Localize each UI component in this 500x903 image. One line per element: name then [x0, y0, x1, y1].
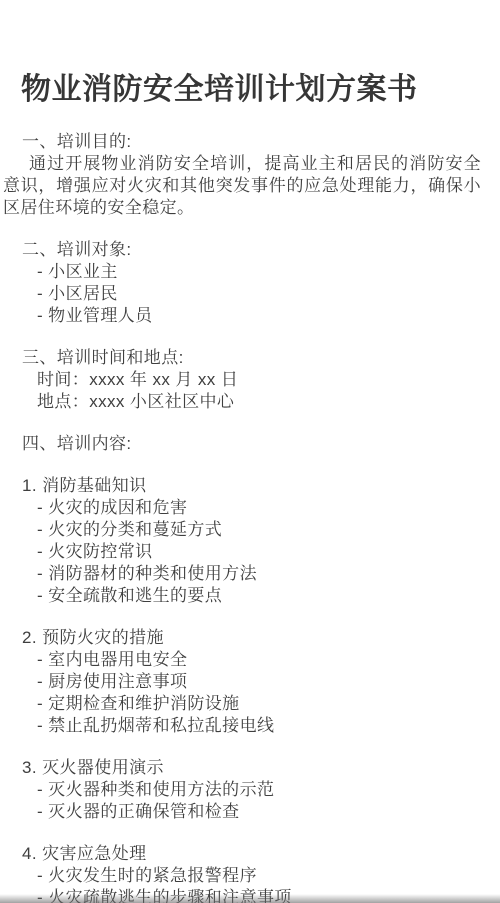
list-item: - 小区业主 — [37, 261, 500, 283]
section-paragraph: 通过开展物业消防安全培训，提高业主和居民的消防安全意识，增强应对火灾和其他突发事… — [3, 153, 481, 219]
list-item: - 小区居民 — [37, 283, 500, 305]
section-heading: 二、培训对象: — [22, 239, 500, 261]
section-heading: 2. 预防火灾的措施 — [22, 627, 500, 649]
section: 4. 灾害应急处理- 火灾发生时的紧急报警程序- 火灾疏散逃生的步骤和注意事项 — [0, 843, 500, 903]
list-item: - 物业管理人员 — [37, 305, 500, 327]
list-item: - 火灾的分类和蔓延方式 — [37, 519, 500, 541]
document-body: 一、培训目的:通过开展物业消防安全培训，提高业主和居民的消防安全意识，增强应对火… — [0, 131, 500, 903]
list-item: - 灭火器种类和使用方法的示范 — [37, 779, 500, 801]
list-item: 地点：xxxx 小区社区中心 — [37, 391, 500, 413]
section-heading: 四、培训内容: — [22, 433, 500, 455]
list-item: - 火灾的成因和危害 — [37, 497, 500, 519]
document-page: 物业消防安全培训计划方案书 一、培训目的:通过开展物业消防安全培训，提高业主和居… — [0, 0, 500, 903]
section: 2. 预防火灾的措施- 室内电器用电安全- 厨房使用注意事项- 定期检查和维护消… — [0, 627, 500, 737]
section: 3. 灭火器使用演示- 灭火器种类和使用方法的示范- 灭火器的正确保管和检查 — [0, 757, 500, 823]
section: 一、培训目的:通过开展物业消防安全培训，提高业主和居民的消防安全意识，增强应对火… — [0, 131, 500, 219]
document-title: 物业消防安全培训计划方案书 — [21, 71, 500, 109]
list-item: - 定期检查和维护消防设施 — [37, 693, 500, 715]
section-heading: 3. 灭火器使用演示 — [22, 757, 500, 779]
list-item: 时间：xxxx 年 xx 月 xx 日 — [37, 369, 500, 391]
list-item: - 厨房使用注意事项 — [37, 671, 500, 693]
list-item: - 禁止乱扔烟蒂和私拉乱接电线 — [37, 715, 500, 737]
list-item: - 灭火器的正确保管和检查 — [37, 801, 500, 823]
list-item: - 安全疏散和逃生的要点 — [37, 585, 500, 607]
section-heading: 4. 灾害应急处理 — [22, 843, 500, 865]
list-item: - 消防器材的种类和使用方法 — [37, 563, 500, 585]
section: 二、培训对象:- 小区业主- 小区居民- 物业管理人员 — [0, 239, 500, 327]
section-heading: 三、培训时间和地点: — [22, 347, 500, 369]
list-item: - 火灾疏散逃生的步骤和注意事项 — [37, 887, 500, 903]
section: 三、培训时间和地点:时间：xxxx 年 xx 月 xx 日地点：xxxx 小区社… — [0, 347, 500, 413]
section: 四、培训内容: — [0, 433, 500, 455]
section-heading: 1. 消防基础知识 — [22, 475, 500, 497]
list-item: - 火灾防控常识 — [37, 541, 500, 563]
list-item: - 室内电器用电安全 — [37, 649, 500, 671]
list-item: - 火灾发生时的紧急报警程序 — [37, 865, 500, 887]
section-heading: 一、培训目的: — [22, 131, 500, 153]
section: 1. 消防基础知识- 火灾的成因和危害- 火灾的分类和蔓延方式- 火灾防控常识-… — [0, 475, 500, 607]
